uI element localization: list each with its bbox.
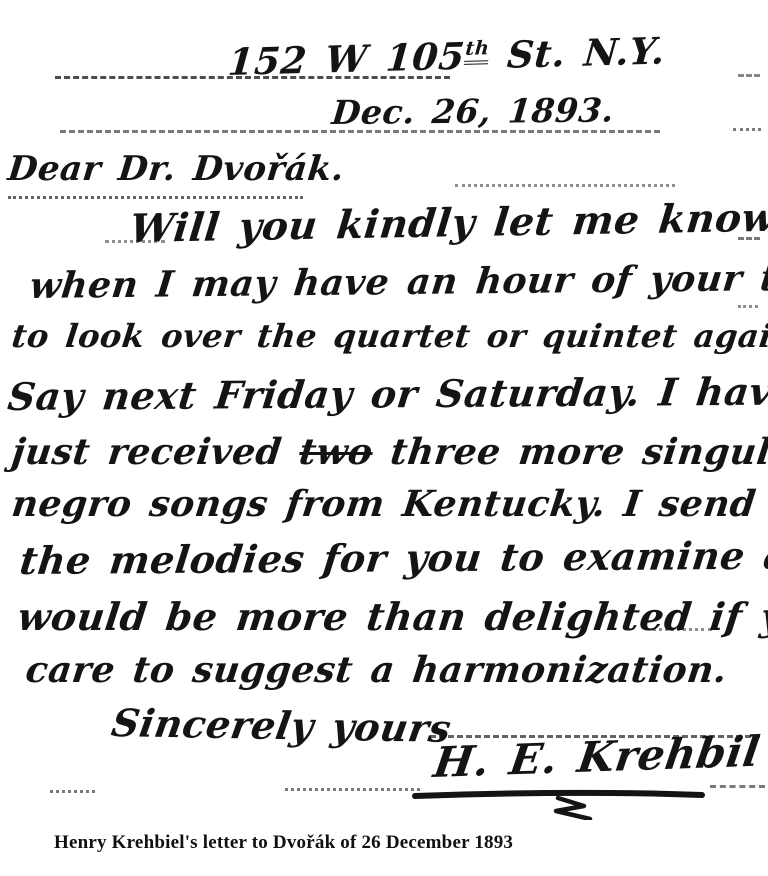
signature: H. E. Krehbil — [431, 731, 763, 784]
address-pre: 152 W 105 — [226, 34, 466, 84]
ruling-artifact — [285, 788, 420, 791]
body-line: would be more than delighted if you — [16, 598, 768, 636]
body-line: to look over the quartet or quintet agai… — [10, 320, 768, 352]
date-line: Dec. 26, 1893. — [330, 94, 615, 129]
ruling-artifact — [738, 305, 758, 308]
caption: Henry Krehbiel's letter to Dvořák of 26 … — [54, 832, 513, 854]
ruling-artifact — [710, 785, 765, 788]
body-line: negro songs from Kentucky. I send — [10, 486, 758, 522]
body-line-with-strikethrough: just received two three more singular — [10, 434, 768, 470]
strike-line-pre: just received — [9, 431, 302, 473]
body-line: when I may have an hour of your time — [28, 259, 768, 304]
letter-scan-page: 152 W 105th St. N.Y. Dec. 26, 1893. Dear… — [0, 0, 768, 876]
address-superscript: th — [464, 36, 490, 65]
strikethrough-word: two — [297, 431, 375, 473]
ruling-artifact — [50, 790, 95, 793]
signature-underline — [410, 786, 710, 820]
closing: Sincerely yours — [109, 704, 454, 748]
strike-line-post: three more singular — [370, 431, 768, 473]
ruling-artifact — [455, 184, 675, 187]
address-line: 152 W 105th St. N.Y. — [227, 33, 667, 81]
address-post: St. N.Y. — [487, 29, 667, 78]
body-line: Will you kindly let me know — [128, 199, 768, 249]
ruling-artifact — [738, 74, 760, 77]
salutation: Dear Dr. Dvořák. — [6, 152, 346, 186]
ruling-artifact — [733, 128, 761, 131]
body-line: care to suggest a harmonization. — [24, 652, 729, 688]
body-line: the melodies for you to examine and — [18, 536, 768, 580]
ruling-artifact — [8, 196, 303, 199]
body-line: Say next Friday or Saturday. I have — [6, 372, 768, 416]
